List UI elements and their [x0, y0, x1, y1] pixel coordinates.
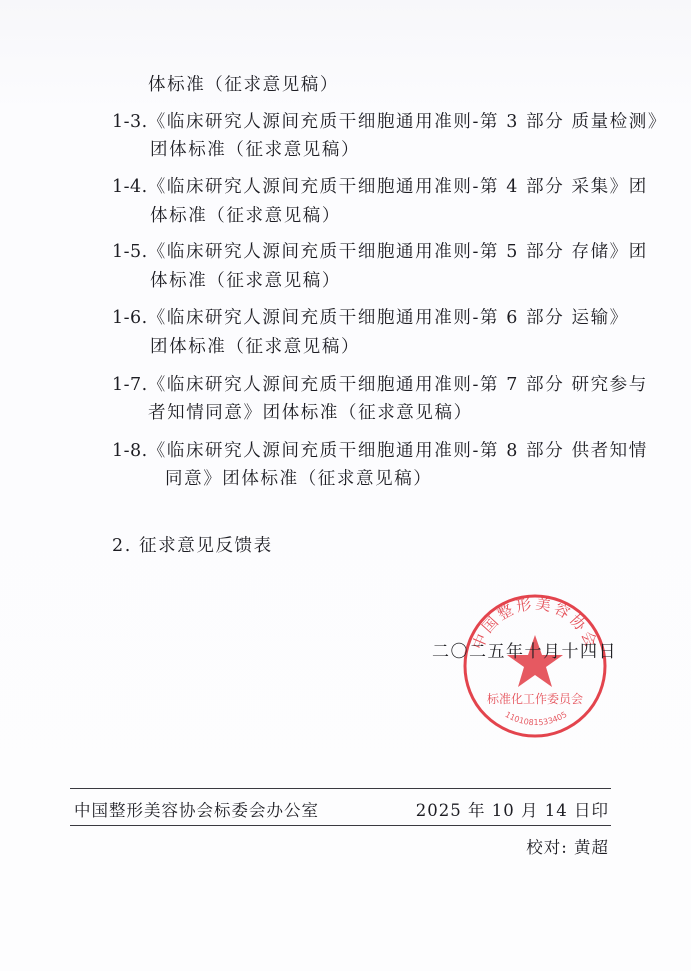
document-page: 体标准（征求意见稿） 1-3.《临床研究人源间充质干细胞通用准则-第 3 部分 … [0, 0, 691, 971]
attachment-title: 《临床研究人源间充质干细胞通用准则-第 6 部分 运输》 [148, 308, 629, 328]
attachment-continuation: 者知情同意》团体标准（征求意见稿） [148, 402, 473, 424]
attachment-continuation: 团体标准（征求意见稿） [150, 139, 360, 161]
attachment-title: 《临床研究人源间充质干细胞通用准则-第 3 部分 质量检测》 [148, 112, 667, 132]
attachment-item-1-5: 1-5.《临床研究人源间充质干细胞通用准则-第 5 部分 存储》团 [112, 241, 648, 263]
official-seal-icon: 中国整形美容协会 标准化工作委员会 1101081533405 [462, 593, 608, 739]
continuation-line: 体标准（征求意见稿） [148, 74, 339, 96]
attachment-item-1-4: 1-4.《临床研究人源间充质干细胞通用准则-第 4 部分 采集》团 [112, 176, 648, 198]
attachment-number: 1-4. [112, 177, 148, 197]
attachment-item-1-3: 1-3.《临床研究人源间充质干细胞通用准则-第 3 部分 质量检测》 [112, 111, 667, 133]
attachment-item-1-8: 1-8.《临床研究人源间充质干细胞通用准则-第 8 部分 供者知情 [112, 440, 648, 462]
footer-issuer: 中国整形美容协会标委会办公室 [74, 797, 319, 821]
attachment-title: 《临床研究人源间充质干细胞通用准则-第 5 部分 存储》团 [148, 242, 648, 262]
attachment-continuation: 团体标准（征求意见稿） [150, 336, 360, 358]
attachment-number: 1-6. [112, 308, 148, 328]
signature-date: 二〇二五年十月十四日 [432, 637, 617, 662]
attachment-item-1-7: 1-7.《临床研究人源间充质干细胞通用准则-第 7 部分 研究参与 [112, 374, 648, 396]
feedback-form-item: 2. 征求意见反馈表 [112, 535, 273, 557]
attachment-number: 1-5. [112, 242, 148, 262]
footer-top-rule [70, 788, 611, 789]
footer-bottom-rule [70, 825, 611, 826]
attachment-number: 1-3. [112, 112, 148, 132]
attachment-title: 《临床研究人源间充质干细胞通用准则-第 8 部分 供者知情 [148, 441, 648, 461]
attachment-continuation: 体标准（征求意见稿） [150, 205, 341, 227]
seal-bottom-text: 标准化工作委员会 [487, 691, 583, 706]
attachment-continuation: 体标准（征求意见稿） [150, 270, 341, 292]
attachment-title: 《临床研究人源间充质干细胞通用准则-第 7 部分 研究参与 [148, 375, 648, 395]
attachment-continuation: 同意》团体标准（征求意见稿） [165, 468, 432, 490]
attachment-title: 《临床研究人源间充质干细胞通用准则-第 4 部分 采集》团 [148, 177, 648, 197]
attachment-number: 1-8. [112, 441, 148, 461]
seal-code: 1101081533405 [503, 710, 568, 727]
footer-proofreader: 校对: 黄超 [526, 834, 609, 858]
attachment-item-1-6: 1-6.《临床研究人源间充质干细胞通用准则-第 6 部分 运输》 [112, 307, 629, 329]
svg-text:1101081533405: 1101081533405 [503, 710, 568, 727]
attachment-number: 1-7. [112, 375, 148, 395]
footer-print-date: 2025 年 10 月 14 日印 [416, 797, 609, 821]
